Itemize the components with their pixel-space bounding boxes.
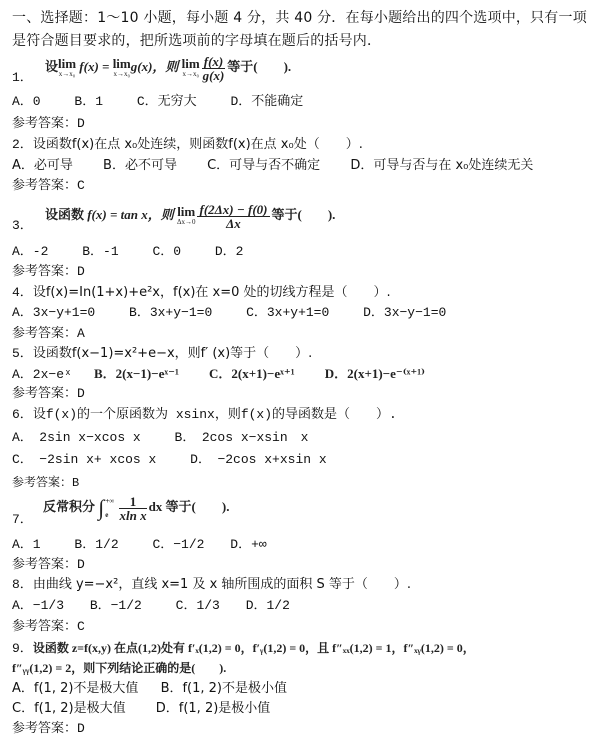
question-8-answer: 参考答案：C [12, 619, 85, 635]
option-d: D．可导与否与在 x₀处连续无关 [350, 158, 533, 174]
question-4-answer: 参考答案：A [12, 326, 85, 342]
question-9-stem-line1: 9．设函数 z=f(x,y) 在点(1,2)处有 f′ₓ(1,2) = 0，f′… [12, 640, 475, 657]
option-c: C．2(x+1)−eˣ⁺¹ [209, 366, 295, 382]
question-3-answer: 参考答案：D [12, 264, 85, 280]
option-d: D．2(x+1)−e⁻⁽ˣ⁺¹⁾ [325, 366, 425, 382]
option-b: B．2(x−1)−eˣ⁻¹ [94, 366, 179, 382]
option-d: D．f(1, 2)是极小值 [156, 701, 271, 717]
question-7-answer: 参考答案：D [12, 557, 85, 573]
question-2-stem: 2．设函数f(x)在点 x₀处连续，则函数f(x)在点 x₀处（ ）. [12, 137, 363, 153]
option-c: C．f(1, 2)是极大值 [12, 701, 126, 717]
question-5-options: A．2x−eˣ B．2(x−1)−eˣ⁻¹ C．2(x+1)−eˣ⁺¹ D．2(… [12, 366, 425, 383]
question-3-stem: 3． 设函数 f(x) = tan x，则 limΔx→0f(2Δx) − f(… [12, 203, 335, 235]
question-5-answer: 参考答案：D [12, 386, 85, 402]
option-d: D．不能确定 [230, 94, 303, 110]
option-b: B． 2cos x−xsin x [175, 430, 309, 446]
question-7-stem: 7． 反常积分 ∫+∞e 1xln xdx 等于( ). [12, 494, 229, 528]
option-a: A．0 [12, 94, 41, 110]
question-1-options: A．0 B．1 C．无穷大 D．不能确定 [12, 94, 303, 110]
question-3-formula: 设函数 f(x) = tan x，则 limΔx→0f(2Δx) − f(0)Δ… [45, 207, 335, 222]
question-9-stem-line2: f″ᵧᵧ(1,2) = 2，则下列结论正确的是( ). [12, 660, 226, 676]
question-7-options: A．1 B．1/2 C．−1/2 D．+∞ [12, 537, 267, 553]
option-b: B．1 [74, 94, 103, 110]
option-b: B．−1/2 [90, 598, 142, 614]
question-9-options-ab: A．f(1, 2)不是极大值 B．f(1, 2)不是极小值 [12, 681, 287, 697]
option-d: D． −2cos x+xsin x [190, 452, 327, 468]
question-6-stem: 6．设f(x)的一个原函数为 xsinx，则f(x)的导函数是（ ）. [12, 407, 397, 423]
question-1-answer: 参考答案：D [12, 116, 85, 132]
option-a: A． 2sin x−xcos x [12, 430, 141, 446]
option-c: C．1/3 [176, 598, 220, 614]
option-b: B．-1 [82, 244, 118, 260]
option-d: D．1/2 [246, 598, 290, 614]
option-a: A．必可导 [12, 158, 73, 174]
option-a: A．-2 [12, 244, 48, 260]
option-a: A．−1/3 [12, 598, 64, 614]
option-c: C．0 [152, 244, 181, 260]
question-1-stem: 1． 设limx→x₀ f(x) = limx→x₀g(x)，则 limx→x₀… [12, 55, 291, 85]
option-b: B．3x+y−1=0 [129, 305, 212, 321]
integral-sign-icon: ∫ [98, 495, 104, 520]
option-d: D．3x−y−1=0 [363, 305, 446, 321]
question-6-options-cd: C． −2sin x+ xcos x D． −2cos x+xsin x [12, 452, 327, 468]
question-9-options-cd: C．f(1, 2)是极大值 D．f(1, 2)是极小值 [12, 701, 270, 717]
option-c: C．可导与否不确定 [207, 158, 320, 174]
option-b: B．1/2 [74, 537, 118, 553]
question-7-formula: 反常积分 ∫+∞e 1xln xdx 等于( ). [43, 499, 230, 514]
option-c: C．无穷大 [137, 94, 197, 110]
option-d: D．2 [215, 244, 244, 260]
option-a: A．1 [12, 537, 41, 553]
question-4-stem: 4．设f(x)=In(1+x)+e²x，f(x)在 x=0 处的切线方程是（ ）… [12, 285, 391, 301]
option-b: B．f(1, 2)不是极小值 [161, 681, 287, 697]
question-number: 1． [12, 70, 33, 85]
question-8-stem: 8．由曲线 y=−x²，直线 x=1 及 x 轴所围成的面积 S 等于（ ）. [12, 577, 411, 593]
question-8-options: A．−1/3 B．−1/2 C．1/3 D．1/2 [12, 598, 290, 614]
question-6-options-ab: A． 2sin x−xcos x B． 2cos x−xsin x [12, 430, 308, 446]
option-a: A．3x−y+1=0 [12, 305, 95, 321]
question-2-options: A．必可导 B．必不可导 C．可导与否不确定 D．可导与否与在 x₀处连续无关 [12, 158, 533, 174]
option-c: C．−1/2 [152, 537, 204, 553]
question-6-answer: 参考答案：B [12, 474, 79, 491]
option-c: C．3x+y+1=0 [246, 305, 329, 321]
question-3-options: A．-2 B．-1 C．0 D．2 [12, 244, 243, 260]
question-9-answer: 参考答案：D [12, 721, 85, 737]
question-5-stem: 5．设函数f(x−1)=x²+e−x，则f′ (x)等于（ ）. [12, 346, 312, 362]
option-d: D．+∞ [230, 537, 266, 553]
option-b: B．必不可导 [103, 158, 177, 174]
question-2-answer: 参考答案：C [12, 178, 85, 194]
option-c: C． −2sin x+ xcos x [12, 452, 156, 468]
section-intro-line2: 是符合题目要求的，把所选项前的字母填在题后的括号内． [12, 31, 381, 51]
question-4-options: A．3x−y+1=0 B．3x+y−1=0 C．3x+y+1=0 D．3x−y−… [12, 305, 446, 321]
option-a: A．2x−eˣ [12, 367, 72, 383]
question-1-formula: 设limx→x₀ f(x) = limx→x₀g(x)，则 limx→x₀f(x… [45, 59, 291, 74]
option-a: A．f(1, 2)不是极大值 [12, 681, 138, 697]
section-intro-line1: 一、选择题：1～10 小题，每小题 4 分，共 40 分．在每小题给出的四个选项… [12, 8, 587, 28]
